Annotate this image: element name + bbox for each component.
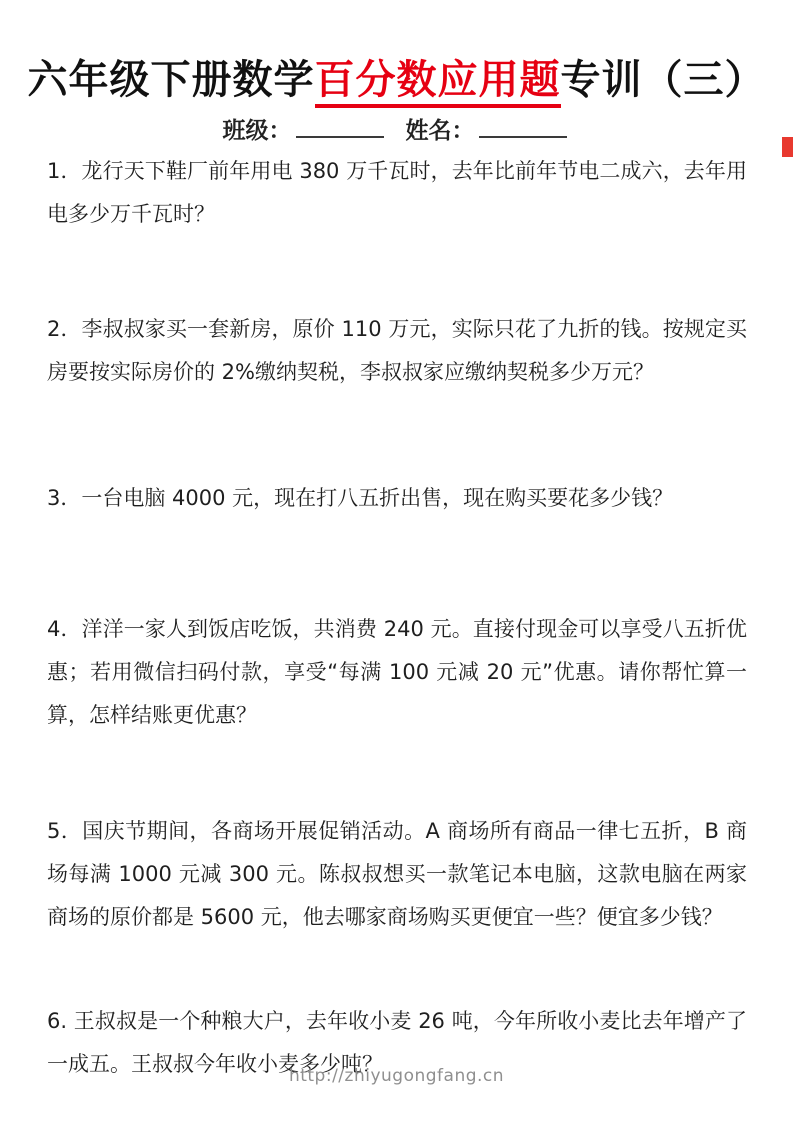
class-blank-line xyxy=(296,114,384,138)
title-prefix: 六年级下册数学 xyxy=(28,57,315,103)
title-suffix: 专训（三） xyxy=(561,57,766,103)
student-info-line: 班级：姓名： xyxy=(0,112,793,145)
footer-url: http://zhiyugongfang.cn xyxy=(0,1066,793,1086)
worksheet-page: 六年级下册数学百分数应用题专训（三） 班级：姓名： 1．龙行天下鞋厂前年用电 3… xyxy=(0,0,793,1122)
red-bookmark-tab xyxy=(782,137,793,157)
name-blank-line xyxy=(479,114,567,138)
question-1: 1．龙行天下鞋厂前年用电 380 万千瓦时，去年比前年节电二成六，去年用电多少万… xyxy=(47,150,747,236)
page-title: 六年级下册数学百分数应用题专训（三） xyxy=(0,48,793,105)
name-label: 姓名： xyxy=(406,118,475,144)
question-3: 3．一台电脑 4000 元，现在打八五折出售，现在购买要花多少钱？ xyxy=(47,477,747,520)
question-4: 4．洋洋一家人到饭店吃饭，共消费 240 元。直接付现金可以享受八五折优惠；若用… xyxy=(47,608,747,737)
question-5: 5．国庆节期间，各商场开展促销活动。A 商场所有商品一律七五折，B 商场每满 1… xyxy=(47,810,747,939)
question-2: 2．李叔叔家买一套新房，原价 110 万元，实际只花了九折的钱。按规定买房要按实… xyxy=(47,308,747,394)
title-highlight: 百分数应用题 xyxy=(315,57,561,108)
class-label: 班级： xyxy=(223,118,292,144)
